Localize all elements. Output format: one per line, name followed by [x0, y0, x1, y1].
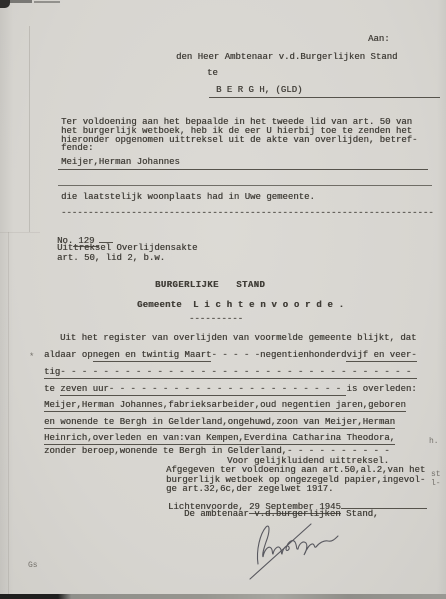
extract-line2-prefix: aldaar op [44, 350, 93, 360]
dashed-separator: ----------------------------------------… [61, 208, 434, 218]
extract-line-2: aldaar opnegen en twintig Maart- - - - -… [44, 350, 417, 360]
reference-article: art. 50, lid 2, b.w. [57, 253, 165, 263]
deceased-details-2: en wonende te Bergh in Gelderland,ongehu… [44, 417, 395, 429]
residence-note: die laatstelijk woonplaats had in Uwe ge… [61, 192, 315, 202]
closing-date-line-extension [341, 499, 427, 509]
edge-text-fragment: l- [431, 479, 441, 489]
scan-edge-smudge [34, 1, 60, 3]
extract-line-8: zonder beroep,wonende te Bergh in Gelder… [44, 446, 390, 456]
extract-line4-prefix: te [44, 384, 60, 394]
recipient-te-label: te [207, 68, 218, 78]
recipient-aan-label: Aan: [368, 34, 390, 44]
recipient-municipality-line: B E R G H, (GLD) [209, 85, 440, 98]
certification-line-2: Afgegeven ter voldoening aan art.50,al.2… [166, 465, 425, 475]
recipient-addressee: den Heer Ambtenaar v.d.Burgerlijken Stan… [176, 52, 397, 62]
ruled-line [58, 185, 432, 186]
extract-line2-filler: - - - - -negentienhonderd [211, 350, 346, 360]
paper-fold-crease [29, 26, 30, 232]
reference-doc-type: Uittreksel Overlijdensakte [57, 243, 197, 253]
bottom-left-initials: Gs [28, 561, 38, 571]
paper-fold-crease [0, 232, 40, 233]
signature-letters-stroke [257, 526, 338, 564]
deceased-name-line: Meijer,Herman Johannes [58, 157, 428, 170]
title-dash-separator: ---------- [189, 314, 243, 324]
extract-line-3: tig- - - - - - - - - - - - - - - - - - -… [44, 367, 417, 377]
deceased-name: Meijer,Herman Johannes [61, 157, 180, 167]
paper-fold-crease [8, 232, 9, 599]
death-date-year-part2: tig- - - - - - - - - - - - - - - - - - -… [44, 367, 417, 379]
scanned-document-page: Aan: den Heer Ambtenaar v.d.Burgerlijken… [0, 0, 446, 599]
death-time: zeven uur- - - - - - - - - - - - - - - -… [60, 384, 346, 396]
extract-line-5: Meijer,Herman Johannes,fabrieksarbeider,… [44, 400, 406, 410]
reference-no-line-extension [99, 233, 113, 243]
intro-line-4: fende: [61, 143, 93, 153]
handwritten-signature [236, 512, 351, 590]
registry-gemeente: Gemeente L i c h t e n v o o r d e . [137, 300, 344, 310]
scan-edge-smudge [10, 0, 32, 3]
signature-underline-stroke [250, 524, 311, 579]
edge-text-fragment: h. [429, 437, 439, 447]
extract-line-4: te zeven uur- - - - - - - - - - - - - - … [44, 384, 417, 394]
scan-corner-mark [0, 0, 10, 8]
intro-line-3: hieronder opgenomen uittreksel uit de ak… [61, 135, 417, 145]
extract-line-1: Uit het register van overlijden van voor… [60, 333, 416, 343]
extract-line-7: Heinrich,overleden en van:van Kempen,Eve… [44, 433, 395, 443]
death-date-year-part1: vijf en veer- [346, 350, 416, 362]
certification-line-4: ge art.32,6c,der zegelwet 1917. [166, 484, 333, 494]
deceased-details-1: Meijer,Herman Johannes,fabrieksarbeider,… [44, 400, 406, 412]
recipient-municipality: B E R G H, (GLD) [216, 85, 302, 95]
extract-line-6: en wonende te Bergh in Gelderland,ongehu… [44, 417, 395, 427]
deceased-details-3: Heinrich,overleden en van:van Kempen,Eve… [44, 433, 395, 445]
margin-asterisk: * [29, 352, 34, 362]
registry-title: BURGERLIJKE STAND [155, 280, 265, 290]
scan-bottom-edge [0, 594, 446, 599]
death-date-day: negen en twintig Maart [93, 350, 212, 362]
extract-line4-suffix: is overleden: [346, 384, 416, 394]
